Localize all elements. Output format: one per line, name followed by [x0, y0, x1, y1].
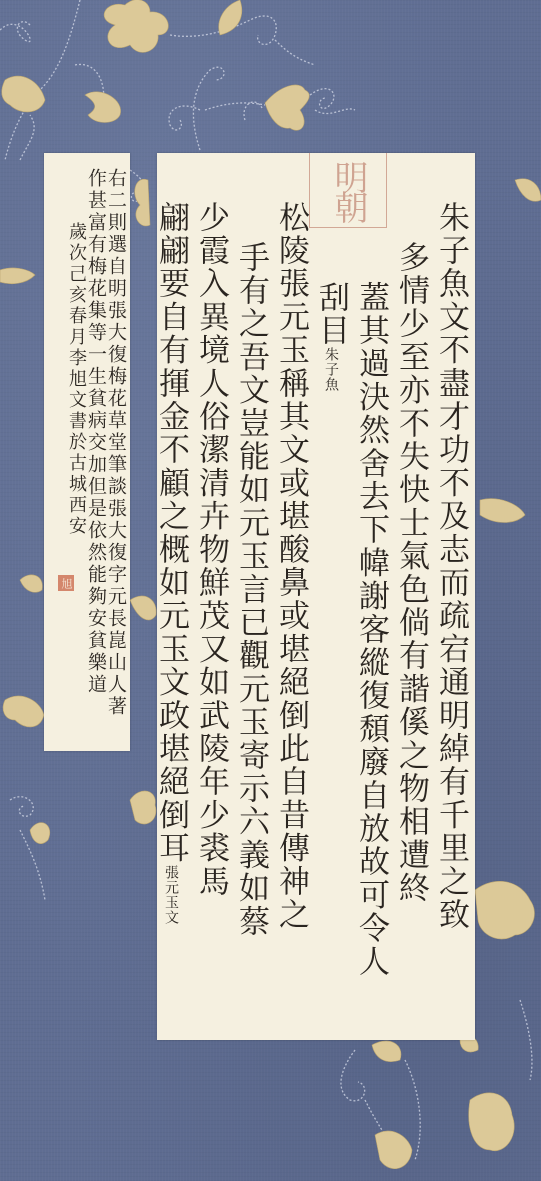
author-note: 張元玉文: [163, 865, 179, 925]
calligraphy-column: 翩翩要自有揮金不顧之概如元玉文政堪絕倒耳張元玉文: [151, 201, 191, 978]
postscript-column: 右二則選自明張大復梅花草堂筆談張大復字元長崑山人著: [106, 168, 126, 718]
title-text: 刮目: [313, 281, 349, 347]
calligraphy-text: 朱子魚文不盡才功不及志而疏宕通明綽有千里之致 多情少至亦不失快士氣色倘有諧傒之物…: [151, 201, 471, 978]
calligraphy-column: 手有之吾文豈能如元玉言已觀元玉寄示六義如蔡: [231, 241, 271, 978]
calligraphy-column: 朱子魚文不盡才功不及志而疏宕通明綽有千里之致: [431, 201, 471, 978]
calligraphy-column: 少霞入異境人俗潔清卉物鮮茂又如武陵年少裘馬: [191, 201, 231, 978]
postscript-panel: 右二則選自明張大復梅花草堂筆談張大復字元長崑山人著 作甚富有梅花集等一生貧病交加…: [44, 153, 130, 751]
calligraphy-column: 蓋其過決然舍去下幃謝客縱復頹廢自放故可令人: [351, 281, 391, 978]
postscript-column: 作甚富有梅花集等一生貧病交加但是依然能夠安貧樂道: [86, 168, 106, 718]
calligraphy-panel: 明朝 朱子魚文不盡才功不及志而疏宕通明綽有千里之致 多情少至亦不失快士氣色倘有諧…: [157, 153, 475, 1040]
calligraphy-column: 刮目朱子魚: [311, 281, 351, 978]
author-note: 朱子魚: [323, 347, 339, 392]
calligraphy-column: 多情少至亦不失快士氣色倘有諧傒之物相遭終: [391, 241, 431, 978]
calligraphy-column: 松陵張元玉稱其文或堪酸鼻或堪絕倒此自昔傳神之: [271, 201, 311, 978]
signature-date-column: 歲次己亥春月李旭文書於古城西安: [66, 168, 86, 718]
postscript-text: 右二則選自明張大復梅花草堂筆談張大復字元長崑山人著 作甚富有梅花集等一生貧病交加…: [66, 168, 126, 718]
artist-seal: 旭: [58, 575, 74, 591]
column-text: 翩翩要自有揮金不顧之概如元玉文政堪絕倒耳: [153, 201, 189, 865]
